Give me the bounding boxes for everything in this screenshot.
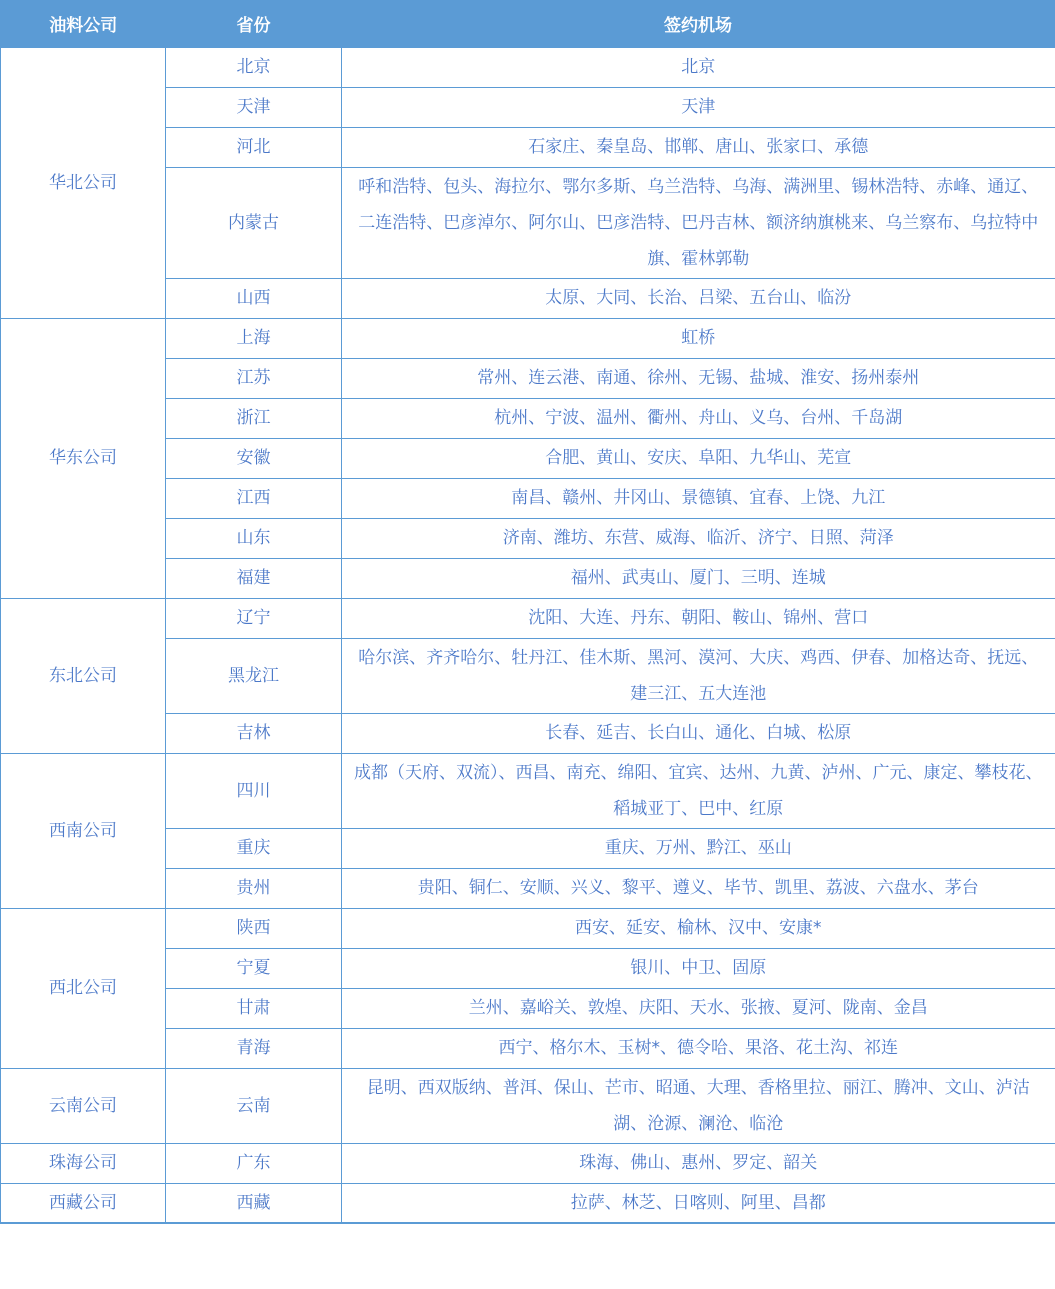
company-cell: 西北公司 [1,908,166,1068]
province-cell: 宁夏 [166,948,342,988]
province-cell: 江西 [166,478,342,518]
province-cell: 福建 [166,558,342,598]
airports-cell: 杭州、宁波、温州、衢州、舟山、义乌、台州、千岛湖 [342,398,1055,438]
airports-cell: 昆明、西双版纳、普洱、保山、芒市、昭通、大理、香格里拉、丽江、腾冲、文山、泸沽湖… [342,1068,1055,1143]
table-row: 西北公司陕西西安、延安、榆林、汉中、安康* [1,908,1055,948]
province-cell: 四川 [166,753,342,828]
company-cell: 珠海公司 [1,1143,166,1183]
province-cell: 内蒙古 [166,167,342,278]
airports-cell: 珠海、佛山、惠州、罗定、韶关 [342,1143,1055,1183]
table-header: 油料公司 省份 签约机场 [1,0,1055,47]
province-cell: 河北 [166,127,342,167]
province-cell: 上海 [166,318,342,358]
airports-cell: 合肥、黄山、安庆、阜阳、九华山、芜宣 [342,438,1055,478]
header-contracted-airports: 签约机场 [342,0,1055,47]
province-cell: 北京 [166,47,342,87]
header-oil-company: 油料公司 [1,0,166,47]
airports-cell: 常州、连云港、南通、徐州、无锡、盐城、淮安、扬州泰州 [342,358,1055,398]
airports-cell: 西宁、格尔木、玉树*、德令哈、果洛、花土沟、祁连 [342,1028,1055,1068]
airports-cell: 太原、大同、长治、吕梁、五台山、临汾 [342,278,1055,318]
province-cell: 贵州 [166,868,342,908]
airports-cell: 西安、延安、榆林、汉中、安康* [342,908,1055,948]
airports-cell: 兰州、嘉峪关、敦煌、庆阳、天水、张掖、夏河、陇南、金昌 [342,988,1055,1028]
company-cell: 西南公司 [1,753,166,908]
airports-cell: 哈尔滨、齐齐哈尔、牡丹江、佳木斯、黑河、漠河、大庆、鸡西、伊春、加格达奇、抚远、… [342,638,1055,713]
province-cell: 甘肃 [166,988,342,1028]
province-cell: 吉林 [166,713,342,753]
airports-cell: 天津 [342,87,1055,127]
province-cell: 江苏 [166,358,342,398]
table-row: 华东公司上海虹桥 [1,318,1055,358]
airports-cell: 贵阳、铜仁、安顺、兴义、黎平、遵义、毕节、凯里、荔波、六盘水、茅台 [342,868,1055,908]
province-cell: 山东 [166,518,342,558]
airports-cell: 成都（天府、双流）、西昌、南充、绵阳、宜宾、达州、九黄、泸州、广元、康定、攀枝花… [342,753,1055,828]
province-cell: 西藏 [166,1183,342,1223]
table-row: 华北公司北京北京 [1,47,1055,87]
airports-cell: 北京 [342,47,1055,87]
company-cell: 华北公司 [1,47,166,318]
table-body: 华北公司北京北京天津天津河北石家庄、秦皇岛、邯郸、唐山、张家口、承德内蒙古呼和浩… [1,47,1055,1223]
province-cell: 山西 [166,278,342,318]
header-province: 省份 [166,0,342,47]
province-cell: 黑龙江 [166,638,342,713]
company-cell: 东北公司 [1,598,166,753]
province-cell: 浙江 [166,398,342,438]
table-row: 西南公司四川成都（天府、双流）、西昌、南充、绵阳、宜宾、达州、九黄、泸州、广元、… [1,753,1055,828]
airports-cell: 银川、中卫、固原 [342,948,1055,988]
airports-cell: 重庆、万州、黔江、巫山 [342,828,1055,868]
table-row: 西藏公司西藏拉萨、林芝、日喀则、阿里、昌都 [1,1183,1055,1223]
province-cell: 陕西 [166,908,342,948]
airports-cell: 济南、潍坊、东营、威海、临沂、济宁、日照、菏泽 [342,518,1055,558]
airports-cell: 福州、武夷山、厦门、三明、连城 [342,558,1055,598]
table-row: 云南公司云南昆明、西双版纳、普洱、保山、芒市、昭通、大理、香格里拉、丽江、腾冲、… [1,1068,1055,1143]
province-cell: 安徽 [166,438,342,478]
airports-cell: 长春、延吉、长白山、通化、白城、松原 [342,713,1055,753]
airport-contract-table: 油料公司 省份 签约机场 华北公司北京北京天津天津河北石家庄、秦皇岛、邯郸、唐山… [0,0,1055,1224]
company-cell: 西藏公司 [1,1183,166,1223]
company-cell: 云南公司 [1,1068,166,1143]
airports-cell: 拉萨、林芝、日喀则、阿里、昌都 [342,1183,1055,1223]
airports-cell: 石家庄、秦皇岛、邯郸、唐山、张家口、承德 [342,127,1055,167]
airports-cell: 南昌、赣州、井冈山、景德镇、宜春、上饶、九江 [342,478,1055,518]
province-cell: 辽宁 [166,598,342,638]
table-row: 东北公司辽宁沈阳、大连、丹东、朝阳、鞍山、锦州、营口 [1,598,1055,638]
header-row: 油料公司 省份 签约机场 [1,0,1055,47]
province-cell: 青海 [166,1028,342,1068]
province-cell: 天津 [166,87,342,127]
province-cell: 云南 [166,1068,342,1143]
province-cell: 重庆 [166,828,342,868]
table-row: 珠海公司广东珠海、佛山、惠州、罗定、韶关 [1,1143,1055,1183]
company-cell: 华东公司 [1,318,166,598]
airports-cell: 虹桥 [342,318,1055,358]
province-cell: 广东 [166,1143,342,1183]
airports-cell: 沈阳、大连、丹东、朝阳、鞍山、锦州、营口 [342,598,1055,638]
airports-cell: 呼和浩特、包头、海拉尔、鄂尔多斯、乌兰浩特、乌海、满洲里、锡林浩特、赤峰、通辽、… [342,167,1055,278]
